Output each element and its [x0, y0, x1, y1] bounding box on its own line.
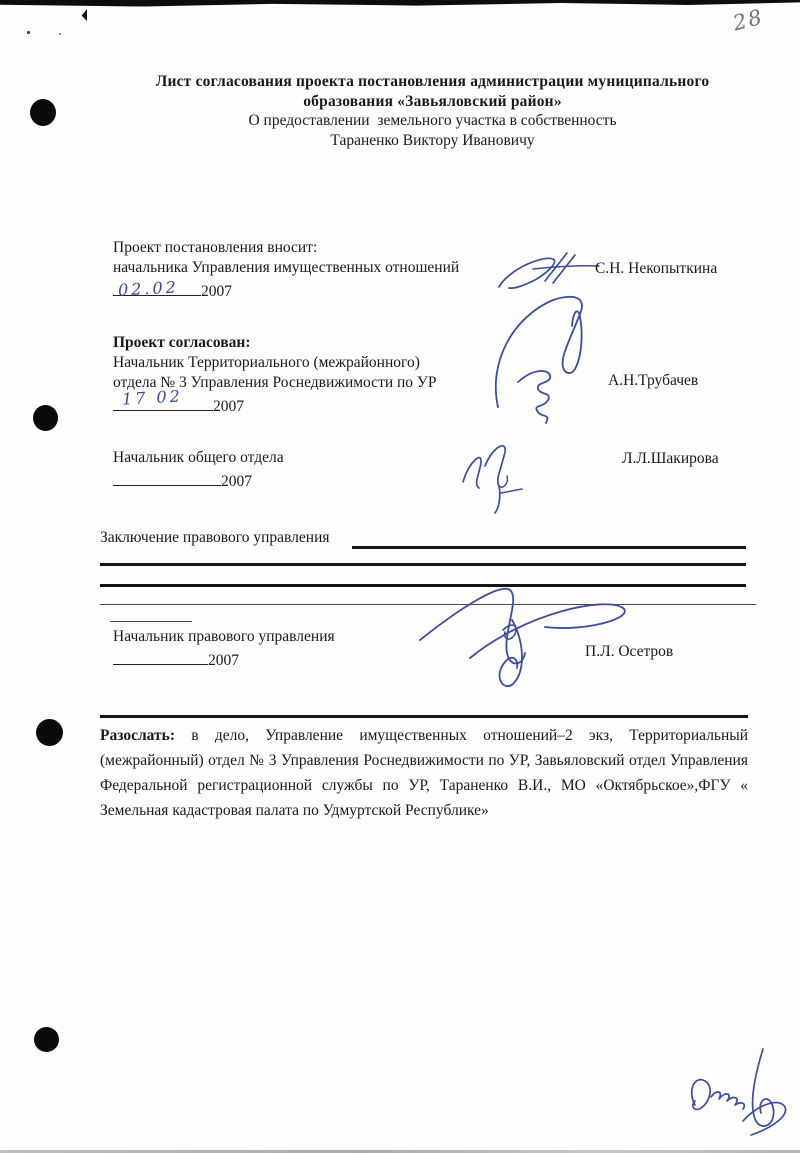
- agree-heading: Проект согласован:: [113, 333, 437, 353]
- signer-name: Л.Л.Шакирова: [622, 450, 719, 468]
- signature-trubachev: [488, 292, 630, 424]
- ruled-line: [352, 546, 746, 549]
- submit-position: начальника Управления имущественных отно…: [113, 258, 459, 278]
- legal-head-position: Начальник правового управления: [113, 627, 335, 647]
- scanned-approval-sheet: 28 Лист согласования проекта постановлен…: [0, 0, 800, 1153]
- hole-punch-icon: [33, 405, 58, 431]
- signature-nekopytkina: [495, 247, 603, 297]
- title-line-2: образования «Завьяловский район»: [65, 92, 800, 112]
- signature-shakirova: [455, 432, 559, 518]
- scan-speck-icon: [59, 33, 61, 35]
- general-dept-date-row: 2007: [113, 471, 284, 492]
- signer-name: С.Н. Некопыткина: [595, 260, 717, 278]
- scan-speck-icon: [81, 9, 87, 21]
- signature-osetrov: [415, 578, 651, 698]
- hole-punch-icon: [36, 719, 63, 746]
- legal-conclusion-label: Заключение правового управления: [100, 528, 330, 548]
- subject-line-1: О предоставлении земельного участка в со…: [65, 111, 800, 131]
- dispatch-lead: Разослать:: [100, 727, 175, 744]
- agree-position-1: Начальник Территориального (межрайонного…: [113, 353, 437, 373]
- dispatch-paragraph: Разослать: в дело, Управление имуществен…: [100, 723, 748, 823]
- title-line-1: Лист согласования проекта постановления …: [65, 72, 800, 92]
- ruled-line: [110, 621, 192, 622]
- handwritten-page-number: 28: [731, 5, 767, 36]
- signer-name: П.Л. Осетров: [585, 643, 673, 661]
- date-blank-line: [113, 650, 208, 665]
- scan-edge-top: [0, 0, 800, 8]
- ruled-line: [100, 563, 746, 566]
- year-label: 2007: [208, 652, 239, 669]
- submit-heading: Проект постановления вносит:: [113, 238, 459, 258]
- ruled-line: [100, 715, 748, 718]
- subject-line-2: Тараненко Виктору Ивановичу: [65, 131, 800, 151]
- scan-speck-icon: [27, 31, 30, 34]
- year-label: 2007: [201, 283, 232, 300]
- year-label: 2007: [213, 398, 244, 415]
- date-blank-line: [113, 471, 221, 486]
- signer-name: А.Н.Трубачев: [608, 372, 698, 390]
- handwritten-date: 02.02: [118, 277, 180, 299]
- legal-head-date-row: 2007: [113, 650, 335, 671]
- handwritten-date: 17 02: [122, 386, 184, 408]
- dispatch-text: в дело, Управление имущественных отношен…: [100, 727, 748, 819]
- general-dept-section: Начальник общего отдела 2007: [113, 448, 284, 492]
- signature-corner-mark: [685, 1045, 797, 1147]
- hole-punch-icon: [30, 99, 56, 126]
- year-label: 2007: [221, 473, 252, 490]
- document-title: Лист согласования проекта постановления …: [65, 72, 800, 150]
- hole-punch-icon: [34, 1027, 59, 1052]
- general-dept-position: Начальник общего отдела: [113, 448, 284, 468]
- legal-head-section: Начальник правового управления 2007: [113, 627, 335, 671]
